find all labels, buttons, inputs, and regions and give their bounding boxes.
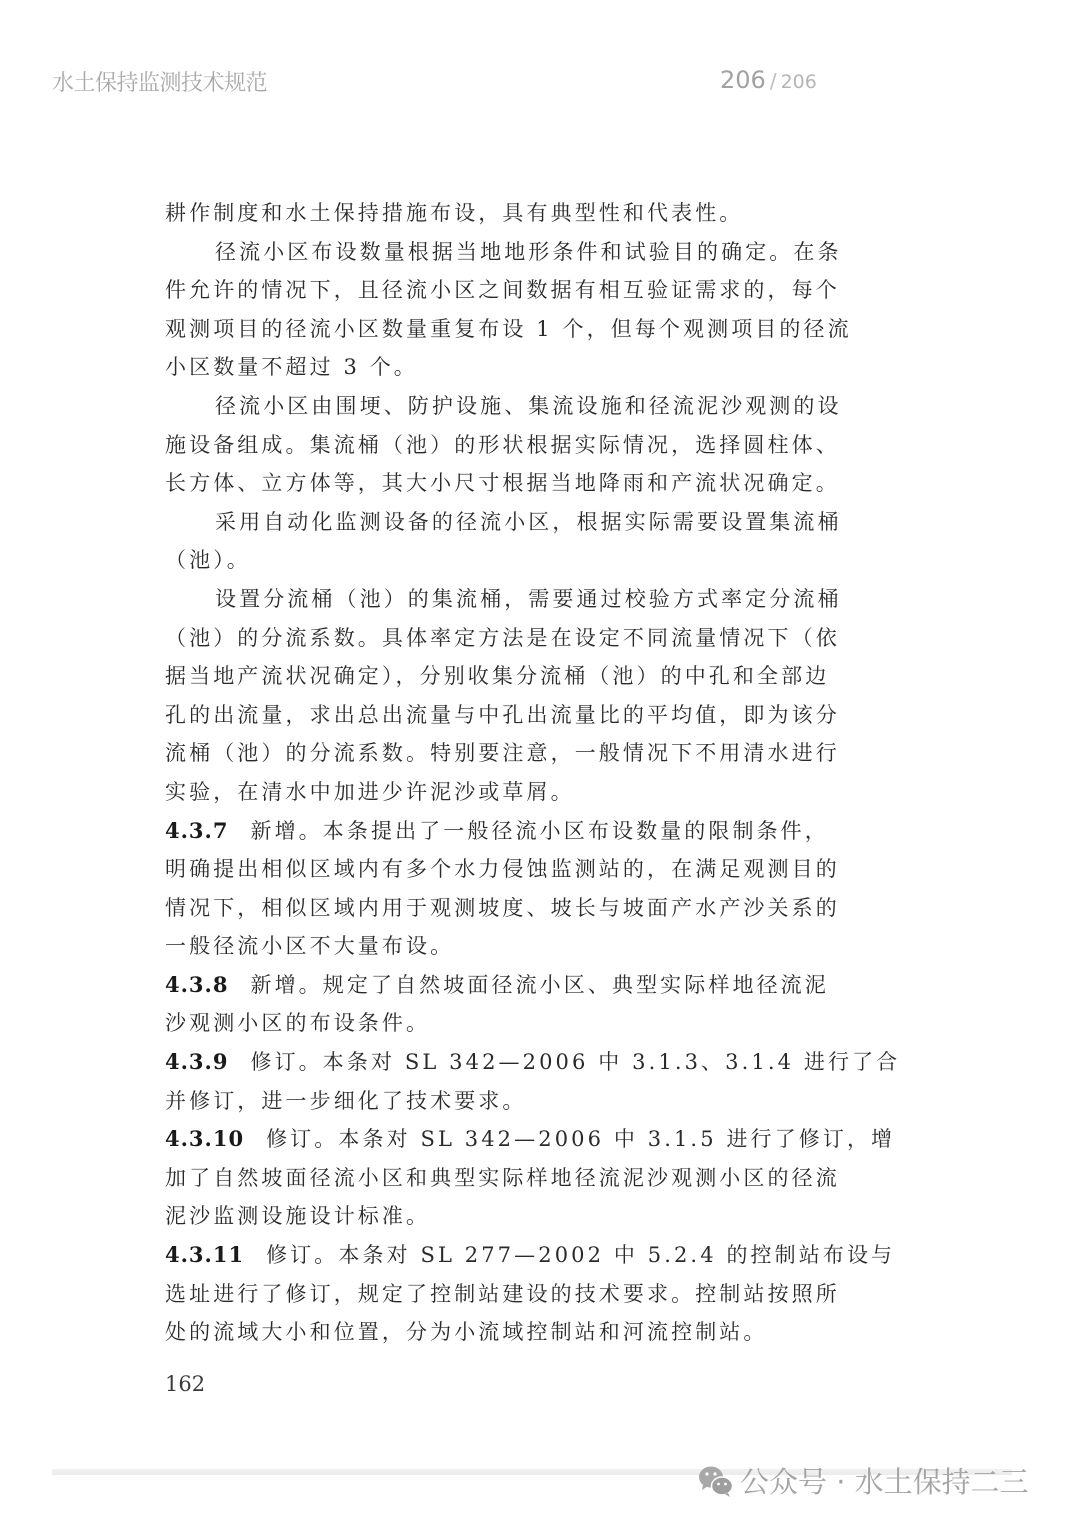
reader-header: 水土保持监测技术规范 206/206 xyxy=(0,0,1080,130)
current-page: 206 xyxy=(720,66,766,94)
clause-number: 4.3.9 xyxy=(165,1049,228,1074)
text-line: 一般径流小区不大量布设。 xyxy=(165,927,887,966)
text-line: 径流小区由围埂、防护设施、集流设施和径流泥沙观测的设 xyxy=(165,387,887,426)
clause-text: 新增。本条提出了一般径流小区布设数量的限制条件， xyxy=(250,819,828,843)
clause-4-3-9: 4.3.9修订。本条对 SL 342—2006 中 3.1.3、3.1.4 进行… xyxy=(165,1043,887,1082)
clause-number: 4.3.8 xyxy=(165,972,228,997)
text-line: 泥沙监测设施设计标准。 xyxy=(165,1197,887,1236)
text-line: 设置分流桶（池）的集流桶，需要通过校验方式率定分流桶 xyxy=(165,580,887,619)
text-line: 件允许的情况下，且径流小区之间数据有相互验证需求的，每个 xyxy=(165,271,887,310)
clause-4-3-11: 4.3.11修订。本条对 SL 277—2002 中 5.2.4 的控制站布设与 xyxy=(165,1236,887,1275)
text-line: 加了自然坡面径流小区和典型实际样地径流泥沙观测小区的径流 xyxy=(165,1159,887,1198)
text-line: 耕作制度和水土保持措施布设，具有典型性和代表性。 xyxy=(165,194,887,233)
text-line: 径流小区布设数量根据当地地形条件和试验目的确定。在条 xyxy=(165,233,887,272)
text-line: 选址进行了修订，规定了控制站建设的技术要求。控制站按照所 xyxy=(165,1275,887,1314)
text-line: 据当地产流状况确定），分别收集分流桶（池）的中孔和全部边 xyxy=(165,657,887,696)
clause-4-3-7: 4.3.7新增。本条提出了一般径流小区布设数量的限制条件， xyxy=(165,812,887,851)
text-line: （池）的分流系数。具体率定方法是在设定不同流量情况下（依 xyxy=(165,619,887,658)
text-line: 观测项目的径流小区数量重复布设 1 个，但每个观测项目的径流 xyxy=(165,310,887,349)
clause-text: 修订。本条对 SL 342—2006 中 3.1.3、3.1.4 进行了合 xyxy=(250,1050,900,1074)
clause-text: 新增。规定了自然坡面径流小区、典型实际样地径流泥 xyxy=(250,973,828,997)
document-title: 水土保持监测技术规范 xyxy=(52,66,267,97)
clause-number: 4.3.11 xyxy=(165,1242,244,1267)
text-line: （池）。 xyxy=(165,541,887,580)
text-line: 采用自动化监测设备的径流小区，根据实际需要设置集流桶 xyxy=(165,503,887,542)
text-line: 长方体、立方体等，其大小尺寸根据当地降雨和产流状况确定。 xyxy=(165,464,887,503)
clause-text: 修订。本条对 SL 342—2006 中 3.1.5 进行了修订，增 xyxy=(266,1127,895,1151)
text-line: 实验，在清水中加进少许泥沙或草屑。 xyxy=(165,773,887,812)
text-line: 并修订，进一步细化了技术要求。 xyxy=(165,1082,887,1121)
text-line: 情况下，相似区域内用于观测坡度、坡长与坡面产水产沙关系的 xyxy=(165,889,887,928)
page-separator: / xyxy=(770,69,777,93)
watermark-text: 公众号 · 水土保持二三 xyxy=(740,1460,1029,1501)
wechat-icon xyxy=(698,1464,734,1498)
total-pages: 206 xyxy=(781,71,817,93)
watermark: 公众号 · 水土保持二三 xyxy=(698,1460,1029,1501)
clause-text: 修订。本条对 SL 277—2002 中 5.2.4 的控制站布设与 xyxy=(266,1243,895,1267)
document-page: 耕作制度和水土保持措施布设，具有典型性和代表性。 径流小区布设数量根据当地地形条… xyxy=(165,194,887,1352)
page-number: 162 xyxy=(165,1372,205,1396)
clause-4-3-8: 4.3.8新增。规定了自然坡面径流小区、典型实际样地径流泥 xyxy=(165,966,887,1005)
clause-number: 4.3.7 xyxy=(165,818,228,843)
text-line: 明确提出相似区域内有多个水力侵蚀监测站的，在满足观测目的 xyxy=(165,850,887,889)
text-line: 沙观测小区的布设条件。 xyxy=(165,1004,887,1043)
clause-4-3-10: 4.3.10修订。本条对 SL 342—2006 中 3.1.5 进行了修订，增 xyxy=(165,1120,887,1159)
text-line: 小区数量不超过 3 个。 xyxy=(165,348,887,387)
page-counter: 206/206 xyxy=(720,66,817,94)
text-line: 施设备组成。集流桶（池）的形状根据实际情况，选择圆柱体、 xyxy=(165,426,887,465)
text-line: 孔的出流量，求出总出流量与中孔出流量比的平均值，即为该分 xyxy=(165,696,887,735)
text-line: 流桶（池）的分流系数。特别要注意，一般情况下不用清水进行 xyxy=(165,734,887,773)
text-line: 处的流域大小和位置，分为小流域控制站和河流控制站。 xyxy=(165,1313,887,1352)
clause-number: 4.3.10 xyxy=(165,1126,244,1151)
